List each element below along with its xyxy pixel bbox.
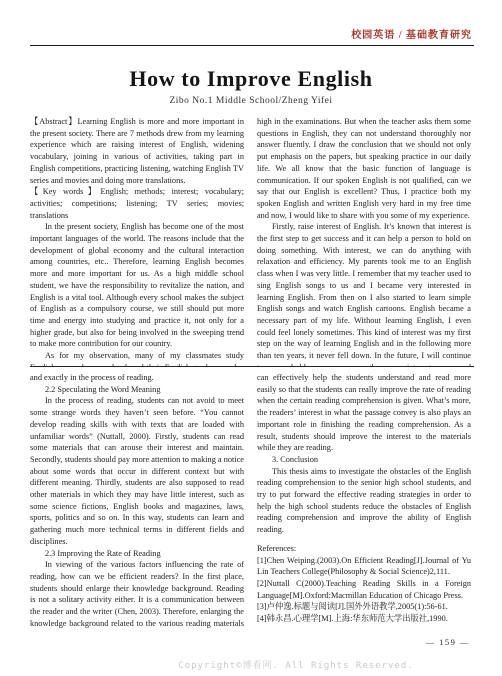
header-rule (30, 45, 474, 46)
right-column: high in the examinations. But when the t… (257, 116, 471, 629)
body-paragraph-fragment: In viewing of the various factors influe… (30, 559, 244, 629)
left-column-top: 【Abstract】Learning English is more and m… (30, 116, 244, 367)
left-column-bottom: and exactly in the process of reading. 2… (30, 367, 244, 629)
journal-section-label: 校园英语 / 基础教育研究 (30, 26, 472, 41)
article-body: 【Abstract】Learning English is more and m… (30, 116, 471, 629)
right-column-top: high in the examinations. But when the t… (257, 116, 471, 367)
reference-item: [3]卢仲逸.标题与阅读[J].国外外语教学,2005(1):56-61. (257, 601, 471, 613)
section-heading-2-2: 2.2 Speculating the Word Meaning (30, 384, 244, 396)
body-paragraph-fragment: As for my observation, many of my classm… (30, 350, 244, 367)
references-heading: References: (257, 543, 471, 555)
keywords-paragraph: 【Key words】English; methods; interest; v… (30, 186, 244, 221)
copyright-watermark: Copyright©博看网. All Rights Reserved. (90, 658, 502, 671)
document-page: 校园英语 / 基础教育研究 How to Improve English Zib… (0, 0, 502, 676)
section-heading-conclusion: 3. Conclusion (257, 454, 471, 466)
article-byline: Zibo No.1 Middle School/Zheng Yifei (0, 96, 502, 106)
body-paragraph: In the process of reading, students can … (30, 395, 244, 547)
page-number: — 159 — (426, 637, 471, 647)
body-paragraph: In the present society, English has beco… (30, 221, 244, 350)
reference-item: [4]韩永昌.心理学[M].上海:华东师范大学出版社,1990. (257, 613, 471, 625)
right-column-bottom: can effectively help the students unders… (257, 367, 471, 625)
body-paragraph-fragment: Firstly, raise interest of English. It’s… (257, 221, 471, 367)
mid-page-divider (30, 366, 474, 367)
body-paragraph: high in the examinations. But when the t… (257, 116, 471, 221)
reference-item: [1]Chen Weiping.(2003).On Efficient Read… (257, 555, 471, 578)
left-column: 【Abstract】Learning English is more and m… (30, 116, 244, 629)
body-paragraph: This thesis aims to investigate the obst… (257, 466, 471, 536)
body-paragraph-fragment: and exactly in the process of reading. (30, 372, 244, 384)
section-heading-2-3: 2.3 Improving the Rate of Reading (30, 548, 244, 560)
body-paragraph-fragment: can effectively help the students unders… (257, 372, 471, 454)
reference-item: [2]Nuttall C(2000).Teaching Reading Skil… (257, 578, 471, 601)
abstract-paragraph: 【Abstract】Learning English is more and m… (30, 116, 244, 186)
article-title: How to Improve English (0, 66, 502, 92)
